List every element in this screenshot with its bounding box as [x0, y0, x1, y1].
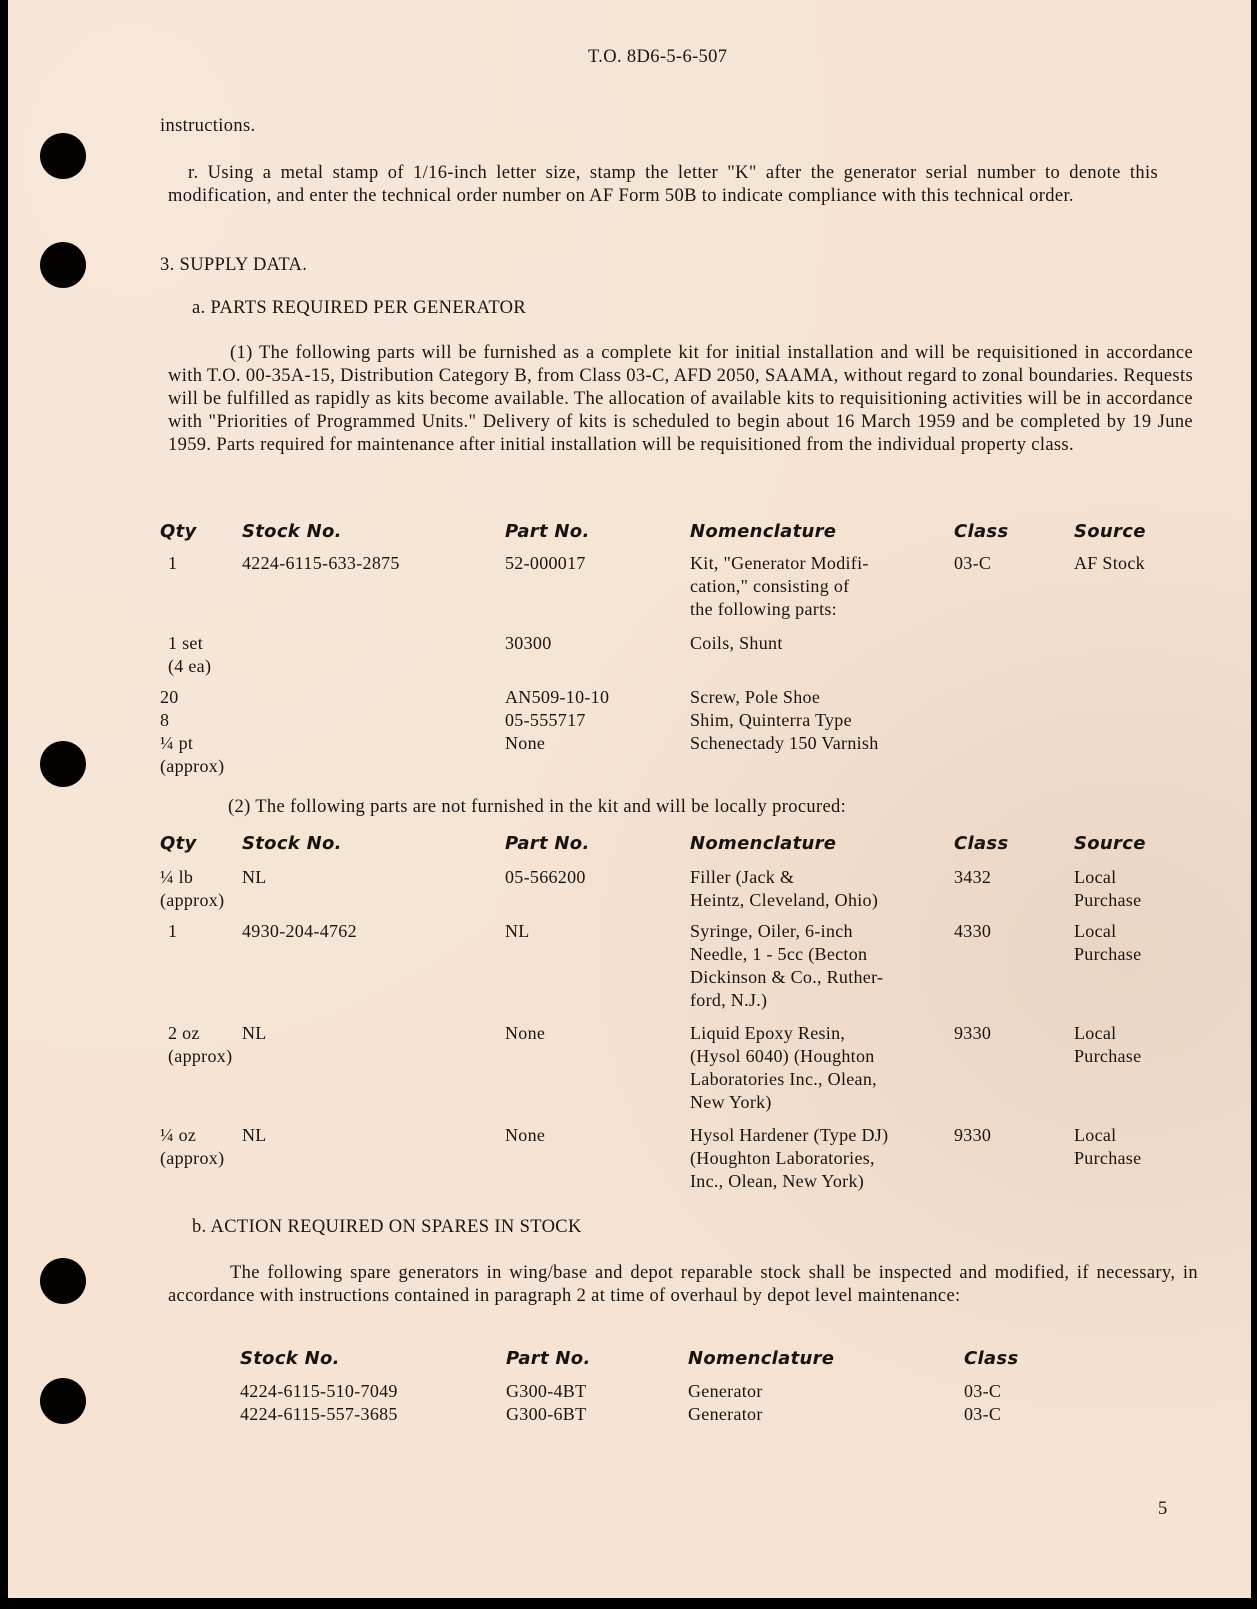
column-header: Part No. — [505, 832, 590, 855]
table-cell-stock: NL — [242, 1022, 267, 1045]
table-cell-part: NL — [505, 920, 530, 943]
table-cell-part: 52-000017 — [505, 552, 586, 575]
table-cell-part: G300-4BT — [506, 1380, 586, 1403]
column-header: Source — [1074, 520, 1146, 543]
para-1: (1) The following parts will be furnishe… — [168, 342, 1193, 457]
binder-hole — [40, 133, 86, 179]
item-r-paragraph: r. Using a metal stamp of 1/16-inch lett… — [168, 162, 1158, 208]
table-cell-stock: 4224-6115-510-7049 — [240, 1380, 398, 1403]
table-cell-nom: Generator — [688, 1403, 763, 1426]
table-cell-source: Local Purchase — [1074, 1124, 1141, 1170]
column-header: Part No. — [506, 1347, 591, 1370]
table-cell-qty: ¼ pt (approx) — [160, 732, 224, 778]
table-cell-part: None — [505, 732, 545, 755]
table-cell-part: AN509-10-10 — [505, 686, 609, 709]
binder-hole — [40, 1378, 86, 1424]
table-cell-source: Local Purchase — [1074, 920, 1141, 966]
column-header: Stock No. — [242, 832, 342, 855]
binder-hole — [40, 741, 86, 787]
table-cell-nom: Syringe, Oiler, 6-inch Needle, 1 - 5cc (… — [690, 920, 883, 1012]
binder-hole — [40, 1258, 86, 1304]
column-header: Part No. — [505, 520, 590, 543]
table-cell-class: 03-C — [954, 552, 991, 575]
column-header: Class — [954, 832, 1008, 855]
table-cell-source: Local Purchase — [1074, 866, 1141, 912]
column-header: Source — [1074, 832, 1146, 855]
table-cell-stock: 4224-6115-633-2875 — [242, 552, 400, 575]
column-header: Qty — [160, 832, 197, 855]
column-header: Qty — [160, 520, 197, 543]
column-header: Stock No. — [242, 520, 342, 543]
page-number: 5 — [1158, 1498, 1168, 1521]
table-cell-nom: Coils, Shunt — [690, 632, 783, 655]
column-header: Nomenclature — [688, 1347, 834, 1370]
table-cell-stock: NL — [242, 1124, 267, 1147]
section-a-title: a. PARTS REQUIRED PER GENERATOR — [192, 297, 526, 320]
table-cell-class: 9330 — [954, 1022, 991, 1045]
table-cell-part: None — [505, 1124, 545, 1147]
table-cell-part: G300-6BT — [506, 1403, 586, 1426]
table-cell-qty: 1 — [168, 920, 177, 943]
column-header: Class — [954, 520, 1008, 543]
table-cell-qty: 2 oz (approx) — [168, 1022, 232, 1068]
table-cell-class: 03-C — [964, 1403, 1001, 1426]
section-3-title: 3. SUPPLY DATA. — [160, 254, 307, 277]
table-cell-part: None — [505, 1022, 545, 1045]
table-cell-class: 03-C — [964, 1380, 1001, 1403]
table-cell-nom: Kit, "Generator Modifi- cation," consist… — [690, 552, 869, 621]
column-header: Nomenclature — [690, 520, 836, 543]
table-cell-stock: NL — [242, 866, 267, 889]
continuation-text: instructions. — [160, 115, 256, 138]
table-cell-nom: Hysol Hardener (Type DJ) (Houghton Labor… — [690, 1124, 888, 1193]
table-cell-nom: Liquid Epoxy Resin, (Hysol 6040) (Hought… — [690, 1022, 877, 1114]
table-cell-qty: ¼ lb (approx) — [160, 866, 224, 912]
document-page: T.O. 8D6-5-6-507 instructions. r. Using … — [8, 0, 1251, 1598]
binder-hole — [40, 242, 86, 288]
table-cell-nom: Filler (Jack & Heintz, Cleveland, Ohio) — [690, 866, 878, 912]
column-header: Class — [964, 1347, 1018, 1370]
table-cell-class: 4330 — [954, 920, 991, 943]
section-b-paragraph: The following spare generators in wing/b… — [168, 1262, 1198, 1308]
table-cell-nom: Shim, Quinterra Type — [690, 709, 852, 732]
column-header: Nomenclature — [690, 832, 836, 855]
table-cell-nom: Generator — [688, 1380, 763, 1403]
table-cell-stock: 4224-6115-557-3685 — [240, 1403, 398, 1426]
table-cell-qty: 20 — [160, 686, 179, 709]
table-cell-nom: Schenectady 150 Varnish — [690, 732, 879, 755]
document-number: T.O. 8D6-5-6-507 — [588, 46, 727, 69]
para-2: (2) The following parts are not furnishe… — [228, 796, 846, 819]
table-cell-source: Local Purchase — [1074, 1022, 1141, 1068]
table-cell-stock: 4930-204-4762 — [242, 920, 357, 943]
table-cell-source: AF Stock — [1074, 552, 1145, 575]
table-cell-part: 05-555717 — [505, 709, 586, 732]
column-header: Stock No. — [240, 1347, 340, 1370]
table-cell-qty: ¼ oz (approx) — [160, 1124, 224, 1170]
table-cell-qty: 1 set (4 ea) — [168, 632, 211, 678]
table-cell-class: 3432 — [954, 866, 991, 889]
section-b-title: b. ACTION REQUIRED ON SPARES IN STOCK — [192, 1216, 582, 1239]
table-cell-class: 9330 — [954, 1124, 991, 1147]
table-cell-nom: Screw, Pole Shoe — [690, 686, 820, 709]
table-cell-part: 30300 — [505, 632, 552, 655]
table-cell-qty: 1 — [168, 552, 177, 575]
table-cell-qty: 8 — [160, 709, 169, 732]
table-cell-part: 05-566200 — [505, 866, 586, 889]
